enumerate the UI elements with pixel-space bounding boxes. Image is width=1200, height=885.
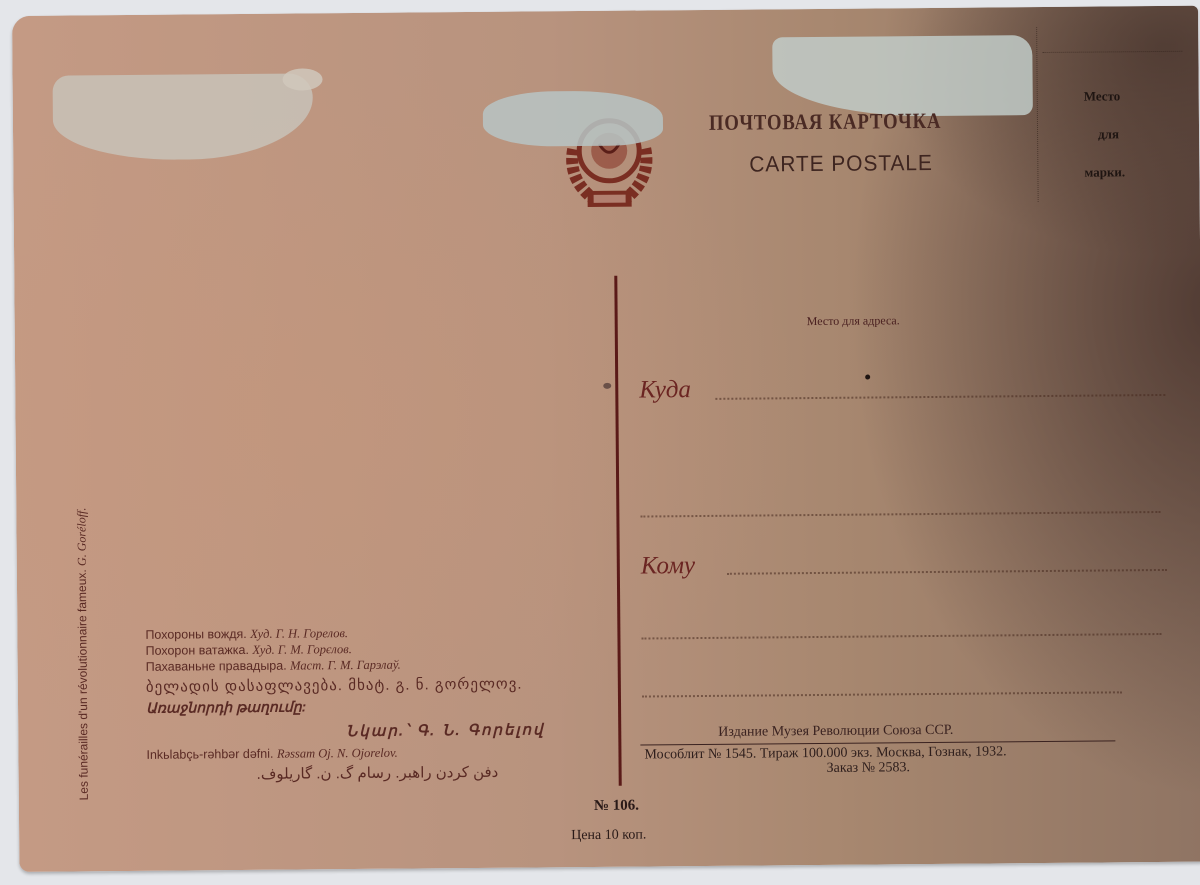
- paper-damage: [772, 35, 1033, 117]
- vertical-divider: [614, 276, 621, 786]
- publisher-line: Издание Музея Революции Союза ССР.: [718, 723, 953, 741]
- caption-ukrainian: Похорон ватажка. Худ. Г. М. Горєлов.: [145, 642, 351, 659]
- address-heading: Место для адреса.: [807, 313, 900, 329]
- caption-russian: Похороны вождя. Худ. Г. Н. Горелов.: [145, 626, 348, 643]
- price-label: Цена 10 коп.: [571, 827, 646, 844]
- stamp-box: Место для марки.: [1036, 26, 1189, 202]
- ink-speck: [603, 383, 611, 389]
- address-line: [640, 511, 1160, 518]
- to-where-label: Куда: [639, 376, 691, 404]
- title-french: CARTE POSTALE: [749, 150, 933, 178]
- title-russian: ПОЧТОВАЯ КАРТОЧКА: [709, 108, 942, 136]
- caption-azerbaijani: Inkьlabçь-rəhbər dəfni. Rəssam Oj. N. Oj…: [146, 746, 397, 763]
- to-whom-label: Кому: [641, 552, 695, 580]
- paper-damage: [282, 68, 322, 90]
- stamp-label-2: для: [1098, 126, 1119, 142]
- address-line: [642, 691, 1122, 697]
- address-line: [727, 569, 1167, 575]
- address-line: [715, 394, 1165, 400]
- postcard: ПОЧТОВАЯ КАРТОЧКА CARTE POSTALE Место дл…: [12, 6, 1200, 872]
- caption-armenian-artist: Նկար.՝ Գ. Ն. Գորելով: [346, 720, 544, 740]
- paper-damage: [53, 73, 314, 160]
- address-line: [641, 633, 1161, 640]
- caption-armenian-title: Առաջնորդի թաղումը:: [146, 698, 306, 716]
- vertical-french-caption: Les funérailles d'un révolutionnaire fam…: [74, 508, 92, 801]
- stamp-label-1: Место: [1084, 88, 1121, 104]
- stamp-label-3: марки.: [1084, 164, 1125, 180]
- caption-georgian: ბელადის დასაფლავება. მხატ. გ. ნ. გორელოვ…: [146, 675, 523, 696]
- order-number: Заказ № 2583.: [827, 760, 911, 777]
- caption-persian: دفن کردن راهبر. رسام گ. ن. گاریلوف.: [257, 763, 499, 783]
- paper-damage: [483, 90, 663, 147]
- caption-belarusian: Пахаваньне правадыра. Маст. Г. М. Гарэла…: [146, 658, 401, 675]
- ink-speck: [865, 375, 870, 380]
- card-number: № 106.: [594, 798, 639, 815]
